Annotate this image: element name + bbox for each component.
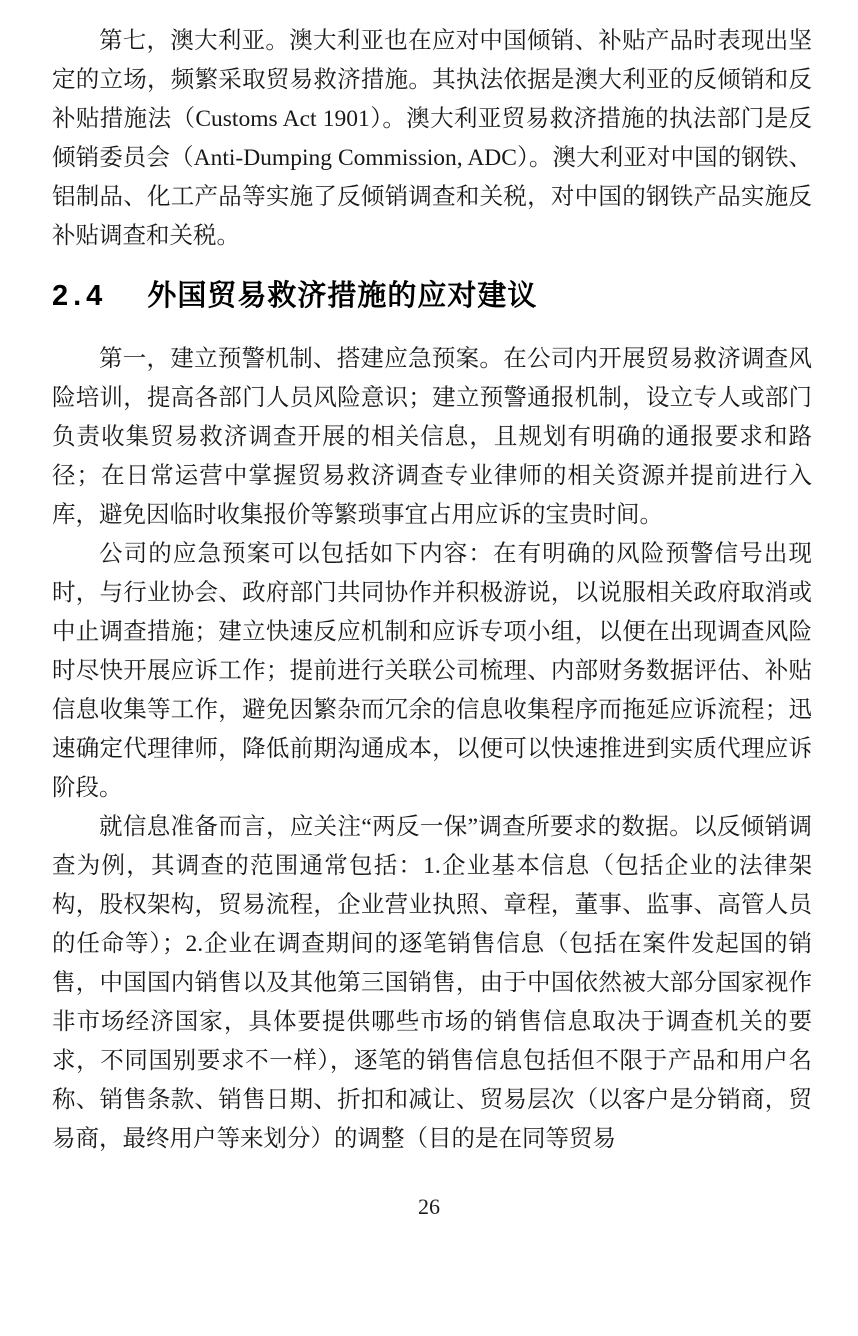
section-number: 2.4	[52, 277, 107, 315]
paragraph-first-advice: 第一，建立预警机制、搭建应急预案。在公司内开展贸易救济调查风险培训，提高各部门人…	[52, 340, 812, 535]
section-heading-2-4: 2.4 外国贸易救济措施的应对建议	[52, 277, 812, 315]
document-page: 第七，澳大利亚。澳大利亚也在应对中国倾销、补贴产品时表现出坚定的立场，频繁采取贸…	[0, 0, 858, 1336]
paragraph-information-prep: 就信息准备而言，应关注“两反一保”调查所要求的数据。以反倾销调查为例，其调查的范…	[52, 808, 812, 1159]
paragraph-emergency-plan: 公司的应急预案可以包括如下内容：在有明确的风险预警信号出现时，与行业协会、政府部…	[52, 535, 812, 808]
section-title: 外国贸易救济措施的应对建议	[147, 277, 537, 315]
paragraph-australia: 第七，澳大利亚。澳大利亚也在应对中国倾销、补贴产品时表现出坚定的立场，频繁采取贸…	[52, 22, 812, 256]
page-number: 26	[0, 1192, 858, 1222]
